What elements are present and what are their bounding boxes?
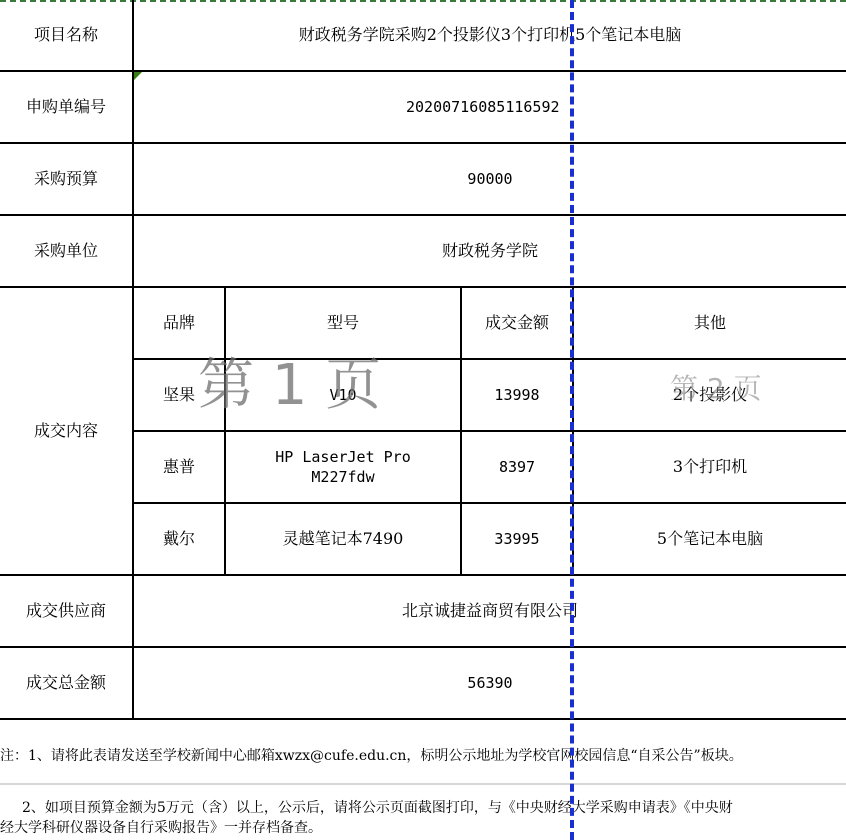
note-1: 注：1、请将此表请发送至学校新闻中心邮箱xwzx@cufe.edu.cn，标明公…: [0, 746, 743, 766]
note-2-line-2: 经大学科研仪器设备自行采购报告》一并存档备查。: [0, 818, 322, 838]
value-unit: 财政税务学院: [134, 216, 846, 286]
value-project-name: 财政税务学院采购2个投影仪3个打印机5个笔记本电脑: [134, 0, 846, 70]
value-budget: 90000: [134, 144, 846, 214]
header-brand: 品牌: [134, 288, 224, 358]
item-amount: 8397: [462, 432, 572, 502]
item-model-line2: M227fdw: [311, 467, 374, 487]
item-other: 3个打印机: [574, 432, 846, 502]
value-request-no: 20200716085116592: [400, 72, 606, 142]
grid-line: [0, 718, 846, 720]
item-model: V10: [226, 360, 460, 430]
label-budget: 采购预算: [0, 144, 132, 214]
item-other: 2个投影仪: [574, 360, 846, 430]
note-2-line-1: 2、如项目预算金额为5万元（含）以上，公示后，请将公示页面截图打印，与《中央财经…: [22, 798, 733, 818]
label-request-no: 申购单编号: [0, 72, 132, 142]
item-other: 5个笔记本电脑: [574, 504, 846, 574]
label-project-name: 项目名称: [0, 0, 132, 70]
label-deal-content: 成交内容: [0, 288, 132, 574]
item-model: HP LaserJet Pro M227fdw: [226, 432, 460, 502]
item-model-line1: HP LaserJet Pro: [275, 447, 410, 467]
label-unit: 采购单位: [0, 216, 132, 286]
label-supplier: 成交供应商: [0, 576, 132, 646]
item-amount: 13998: [462, 360, 572, 430]
item-brand: 戴尔: [134, 504, 224, 574]
item-model: 灵越笔记本7490: [226, 504, 460, 574]
value-supplier: 北京诚捷益商贸有限公司: [134, 576, 846, 646]
label-total: 成交总金额: [0, 648, 132, 718]
header-model: 型号: [226, 288, 460, 358]
row-separator: [0, 783, 846, 785]
item-brand: 坚果: [134, 360, 224, 430]
header-amount: 成交金额: [462, 288, 572, 358]
item-amount: 33995: [462, 504, 572, 574]
header-other: 其他: [574, 288, 846, 358]
item-brand: 惠普: [134, 432, 224, 502]
page-break-line[interactable]: [570, 0, 574, 840]
cell-comment-marker: [134, 72, 142, 80]
value-total: 56390: [134, 648, 846, 718]
